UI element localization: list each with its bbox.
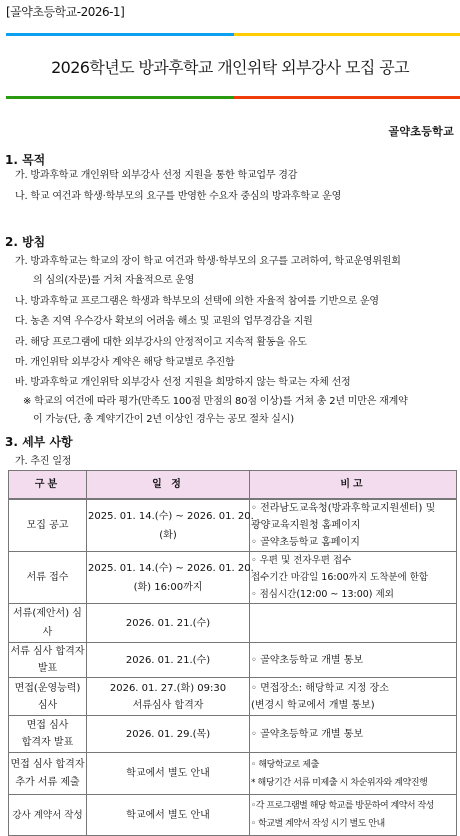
cell-note: ◦ 해당학교로 제출* 해당기간 서류 미제출 시 차순위자와 계약진행 xyxy=(250,753,457,795)
cell-category: 모집 공고 xyxy=(9,499,87,552)
document-id: [골약초등학교-2026-1] xyxy=(6,3,124,20)
table-row: 서류 접수 2025. 01. 14.(수) ~ 2026. 01. 20.(화… xyxy=(9,552,457,604)
table-row: 서류(제안서) 심사 2026. 01. 21.(수) xyxy=(9,604,457,643)
bottom-bar-left xyxy=(6,96,234,99)
cell-schedule: 2026. 01. 21.(수) xyxy=(87,604,250,643)
header-note: 비고 xyxy=(250,471,457,500)
cell-note: ◦ 골약초등학교 개별 통보 xyxy=(250,716,457,753)
cell-note: ◦ 골약초등학교 개별 통보 xyxy=(250,643,457,678)
school-name: 골약초등학교 xyxy=(388,123,454,139)
table-row: 면접(운영능력)심사 2026. 01. 27.(화) 09:30서류심사 합격… xyxy=(9,678,457,716)
cell-schedule: 2025. 01. 14.(수) ~ 2026. 01. 20.(화) xyxy=(87,499,250,552)
section-2-note-cont: 이 가능(단, 총 계약기간이 2년 이상인 경우는 공모 절차 실시) xyxy=(33,410,294,425)
section-3-sub: 가. 추진 일정 xyxy=(15,452,71,467)
table-row: 면접 심사합격자 발표 2026. 01. 29.(목) ◦ 골약초등학교 개별… xyxy=(9,716,457,753)
section-1-item-b: 나. 학교 여건과 학생·학부모의 요구를 반영한 수요자 중심의 방과후학교 … xyxy=(15,187,341,202)
header-category: 구분 xyxy=(9,471,87,500)
cell-schedule: 2026. 01. 29.(목) xyxy=(87,716,250,753)
cell-schedule: 학교에서 별도 안내 xyxy=(87,795,250,836)
cell-note: ◦ 우편 및 전자우편 접수 접수기간 마감일 16:00까지 도착분에 한함◦… xyxy=(250,552,457,604)
section-1-item-a: 가. 방과후학교 개인위탁 외부강사 선정 지원을 통한 학교업무 경감 xyxy=(15,166,297,181)
section-2-item-e: 마. 개인위탁 외부강사 계약은 해당 학교별로 추진함 xyxy=(15,353,235,368)
table-header-row: 구분 일 정 비고 xyxy=(9,471,457,500)
cell-schedule: 2025. 01. 14.(수) ~ 2026. 01. 20.(화) 16:0… xyxy=(87,552,250,604)
bottom-bar-right xyxy=(234,96,460,99)
section-2-item-c: 다. 농촌 지역 우수강사 확보의 어려움 해소 및 교원의 업무경감을 지원 xyxy=(15,312,313,327)
cell-category: 면접 심사합격자 발표 xyxy=(9,716,87,753)
table-row: 면접 심사 합격자추가 서류 제출 학교에서 별도 안내 ◦ 해당학교로 제출*… xyxy=(9,753,457,795)
cell-schedule: 2026. 01. 21.(수) xyxy=(87,643,250,678)
cell-category: 강사 계약서 작성 xyxy=(9,795,87,836)
section-2-heading: 2. 방침 xyxy=(5,233,45,250)
table-row: 서류 심사 합격자발표 2026. 01. 21.(수) ◦ 골약초등학교 개별… xyxy=(9,643,457,678)
page-title: 2026학년도 방과후학교 개인위탁 외부강사 모집 공고 xyxy=(0,55,460,78)
cell-category: 서류 접수 xyxy=(9,552,87,604)
cell-category: 면접(운영능력)심사 xyxy=(9,678,87,716)
section-2-note: ※ 학교의 여건에 따라 평가(만족도 100점 만점의 80점 이상)를 거쳐… xyxy=(23,392,408,407)
section-3-heading: 3. 세부 사항 xyxy=(5,433,73,450)
cell-note xyxy=(250,604,457,643)
top-bar-left xyxy=(6,33,234,36)
top-bar-right xyxy=(234,33,460,36)
cell-note: ◦ 전라남도교육청(방과후학교지원센터) 및 광양교육지원청 홈페이지◦ 골약초… xyxy=(250,499,457,552)
section-2-item-f: 바. 방과후학교 개인위탁 외부강사 선정 지원을 희망하지 않는 학교는 자체… xyxy=(15,373,351,388)
schedule-table: 구분 일 정 비고 모집 공고 2025. 01. 14.(수) ~ 2026.… xyxy=(8,470,457,836)
cell-note: ◦각 프로그램별 해당 학교를 방문하여 계약서 작성◦ 학교별 계약서 작성 … xyxy=(250,795,457,836)
cell-category: 서류 심사 합격자발표 xyxy=(9,643,87,678)
section-2-item-b: 나. 방과후학교 프로그램은 학생과 학부모의 선택에 의한 자율적 참여를 기… xyxy=(15,292,379,307)
cell-category: 서류(제안서) 심사 xyxy=(9,604,87,643)
table-row: 모집 공고 2025. 01. 14.(수) ~ 2026. 01. 20.(화… xyxy=(9,499,457,552)
cell-note: ◦ 면접장소: 해당학교 지정 장소 (변경시 학교에서 개별 통보) xyxy=(250,678,457,716)
cell-schedule: 2026. 01. 27.(화) 09:30서류심사 합격자 xyxy=(87,678,250,716)
header-schedule: 일 정 xyxy=(87,471,250,500)
cell-category: 면접 심사 합격자추가 서류 제출 xyxy=(9,753,87,795)
section-2-item-d: 라. 해당 프로그램에 대한 외부강사의 안정적이고 지속적 활동을 유도 xyxy=(15,333,307,348)
section-2-item-a-cont: 의 심의(자문)를 거쳐 자율적으로 운영 xyxy=(33,271,194,286)
cell-schedule: 학교에서 별도 안내 xyxy=(87,753,250,795)
section-2-item-a: 가. 방과후학교는 학교의 장이 학교 여건과 학생·학부모의 요구를 고려하여… xyxy=(15,252,401,267)
table-row: 강사 계약서 작성 학교에서 별도 안내 ◦각 프로그램별 해당 학교를 방문하… xyxy=(9,795,457,836)
